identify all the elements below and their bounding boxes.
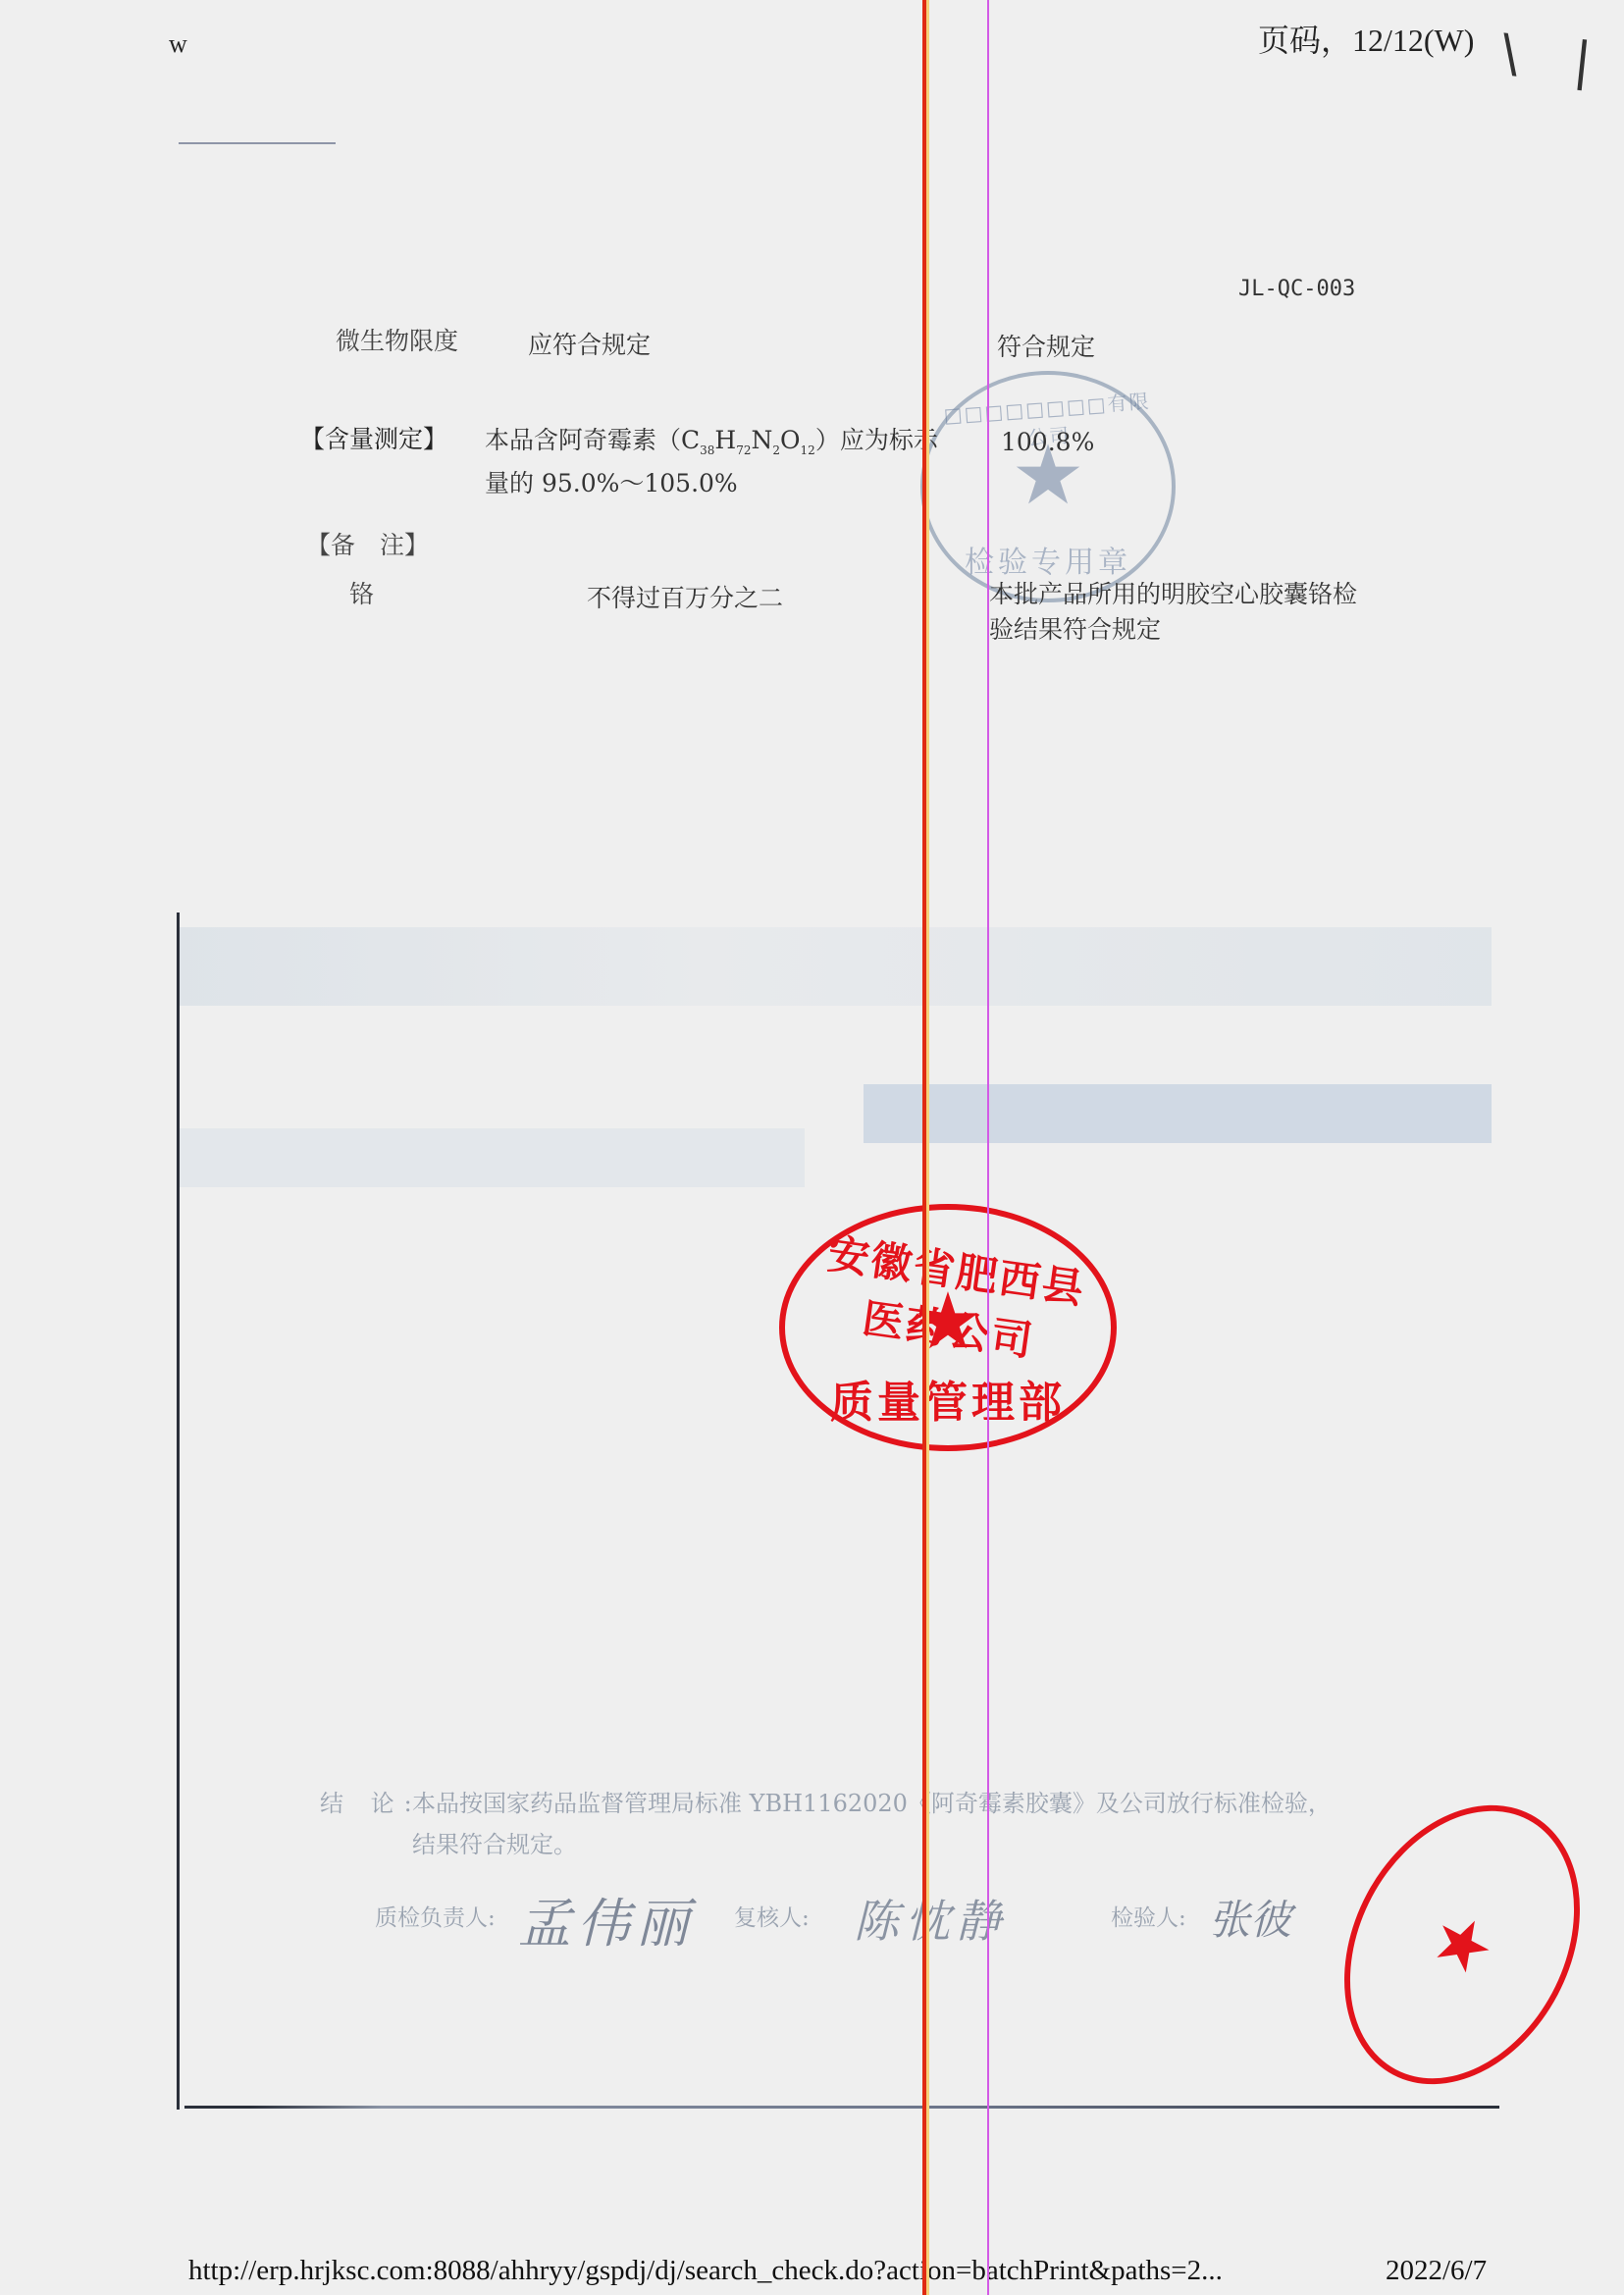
test-item-microbial-limit: 微生物限度 (336, 322, 458, 357)
footer-date: 2022/6/7 (1386, 2255, 1487, 2287)
conclusion-label: 结 论: (320, 1784, 422, 1818)
handwritten-mark: \ | (1498, 24, 1613, 93)
assay-spec-pre: 本品含阿奇霉素（C (485, 426, 700, 454)
guide-line-magenta (987, 0, 989, 2295)
scan-artifact (177, 1128, 805, 1187)
formula-c: 38 (700, 443, 714, 457)
formula-h: 72 (736, 443, 751, 457)
frame-bottom-border (184, 2106, 1499, 2109)
qa-manager-signature: 孟伟丽 (518, 1882, 695, 1957)
inspector-label: 检验人: (1111, 1900, 1186, 1932)
quality-dept-seal-red: 安徽省肥西县医药公司 ★ 质量管理部 (779, 1204, 1117, 1451)
frame-left-border (177, 913, 180, 2110)
formula-n: 2 (772, 443, 780, 457)
formula-o: 12 (801, 443, 815, 457)
test-requirement-microbial-limit: 应符合规定 (528, 326, 651, 361)
test-requirement-chromium: 不得过百万分之二 (587, 579, 783, 614)
test-item-assay: 【含量测定】 (300, 420, 447, 455)
inspection-seal-blue: □□□□□□□□有限公司 ★ 检验专用章 (920, 371, 1176, 602)
test-result-assay: 100.8% (1001, 428, 1094, 456)
inspector-signature: 张彼 (1209, 1888, 1291, 1947)
remarks-label: 【备 注】 (306, 526, 429, 561)
conclusion-text: 本品按国家药品监督管理局标准 YBH1162020《阿奇霉素胶囊》及公司放行标准… (412, 1784, 1332, 1818)
test-result-microbial-limit: 符合规定 (997, 328, 1095, 363)
scan-artifact (864, 1084, 1492, 1143)
star-icon: ★ (785, 1282, 1111, 1361)
seal-bottom-text: 检验专用章 (924, 538, 1172, 581)
test-item-chromium: 铬 (349, 575, 374, 610)
reviewer-signature: 陈忱静 (854, 1886, 1007, 1951)
reviewer-label: 复核人: (734, 1900, 810, 1932)
page-number: 页码，12/12(W) (1258, 16, 1474, 61)
quality-control-seal-red: ★ (1297, 1764, 1624, 2125)
star-icon: ★ (1356, 1865, 1569, 2021)
test-requirement-assay: 本品含阿奇霉素（C38H72N2O12）应为标示量的 95.0%～105.0% (485, 424, 946, 500)
qa-manager-label: 质检负责人: (375, 1900, 496, 1932)
footer-url[interactable]: http://erp.hrjksc.com:8088/ahhryy/gspdj/… (188, 2255, 1223, 2287)
seal-bottom-text: 质量管理部 (785, 1367, 1111, 1430)
test-result-chromium: 本批产品所用的明胶空心胶囊铬检验结果符合规定 (989, 577, 1362, 648)
scan-artifact (177, 927, 1492, 1006)
guide-line-red (922, 0, 926, 2295)
form-code: JL-QC-003 (1238, 277, 1355, 301)
top-rule-divider (179, 142, 336, 144)
corner-mark: w (169, 29, 187, 59)
conclusion-text-line2: 结果符合规定。 (412, 1825, 577, 1859)
